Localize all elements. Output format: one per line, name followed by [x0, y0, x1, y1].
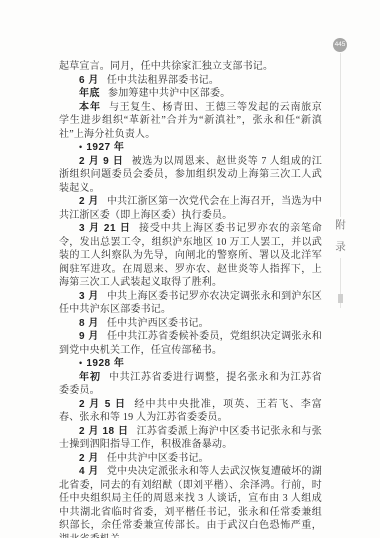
margin-tab-char-appendix-2: 录 [335, 242, 346, 253]
entry-text: 任中共沪中区委书记。 [107, 453, 209, 464]
entry-date-label: 2 月 9 日 [79, 156, 124, 167]
entry-date-label: 4 月 [79, 466, 99, 477]
chronology-entry: 2 月 18 日江苏省委派上海沪中区委书记张永和与张士操到泗阳指导工作，积极准备… [59, 425, 322, 452]
margin-tick-mark [338, 294, 343, 303]
entry-text: 参加筹建中共沪中区部委。 [108, 88, 230, 99]
chronology-entry: 2 月任中共沪中区委书记。 [59, 452, 322, 466]
entry-date-label: 年初 [79, 372, 101, 383]
chronology-entry: 2 月 9 日被选为以周恩来、赵世炎等 7 人组成的江浙组织问题委员会委员，参加… [59, 155, 322, 196]
entry-date-label: 本年 [79, 102, 101, 113]
page-number-badge: 445 [333, 38, 347, 52]
entry-text: 任中共沪西区委书记。 [107, 318, 209, 329]
chronology-entry: 3 月 21 日接受中共上海区委书记罗亦农的亲笔命令，发出总罢工令，组织沪东地区… [59, 222, 322, 290]
chronology-entry: 3 月中共上海区委书记罗亦农决定调张永和到沪东区任中共沪东区部委书记。 [59, 290, 322, 317]
year-label: 1927 年 [86, 142, 124, 153]
chronology-entry: 2 月 5 日经中共中央批准，项英、王若飞、李富春、张永和等 19 人为江苏省委… [59, 398, 322, 425]
entry-date-label: 2 月 [79, 196, 99, 207]
chronology-entry: 2 月中共江浙区第一次党代会在上海召开，当选为中共江浙区委（即上海区委）执行委员… [59, 195, 322, 222]
margin-tab-char-appendix-1: 附 [335, 220, 346, 231]
entry-text: 任中共法租界部委书记。 [107, 75, 219, 86]
entry-date-label: 3 月 21 日 [79, 223, 131, 234]
year-label: 1928 年 [86, 358, 124, 369]
entry-date-label: 2 月 [79, 453, 99, 464]
paragraph-continuation: 起草宣言。同月，任中共徐家汇独立支部书记。 [59, 60, 322, 74]
entry-date-label: 9 月 [79, 331, 99, 342]
entry-date-label: 6 月 [79, 75, 99, 86]
chronology-entry: 9 月任中共江苏省委候补委员，党组织决定调张永和到党中央机关工作，任宣传部秘书。 [59, 330, 322, 357]
entry-date-label: 8 月 [79, 318, 99, 329]
entry-date-label: 2 月 18 日 [79, 426, 129, 437]
year-heading: •1928 年 [59, 357, 322, 371]
chronology-entry: 4 月党中央决定派张永和等人去武汉恢复遭破坏的湖北省委，同去的有刘绍猷（即刘平楷… [59, 465, 322, 538]
bullet-marker: • [79, 358, 82, 368]
book-page: 445 附 录 起草宣言。同月，任中共徐家汇独立支部书记。 6 月任中共法租界部… [0, 0, 380, 538]
year-heading: •1927 年 [59, 141, 322, 155]
entry-date-label: 3 月 [79, 291, 99, 302]
chronology-text-block: 起草宣言。同月，任中共徐家汇独立支部书记。 6 月任中共法租界部委书记。 年底参… [59, 60, 322, 538]
chronology-entry: 年底参加筹建中共沪中区部委。 [59, 87, 322, 101]
chronology-entry: 年初中共江苏省委进行调整，提名张永和为江苏省委委员。 [59, 371, 322, 398]
chronology-entry: 8 月任中共沪西区委书记。 [59, 317, 322, 331]
chronology-entry: 6 月任中共法租界部委书记。 [59, 74, 322, 88]
entry-date-label: 年底 [79, 88, 100, 99]
margin-divider-line [340, 53, 341, 217]
entry-date-label: 2 月 5 日 [79, 399, 126, 410]
bullet-marker: • [79, 142, 82, 152]
chronology-entry: 本年与王复生、杨青田、王德三等发起的云南旅京学生进步组织“革新社”合并为“新滇社… [59, 101, 322, 142]
